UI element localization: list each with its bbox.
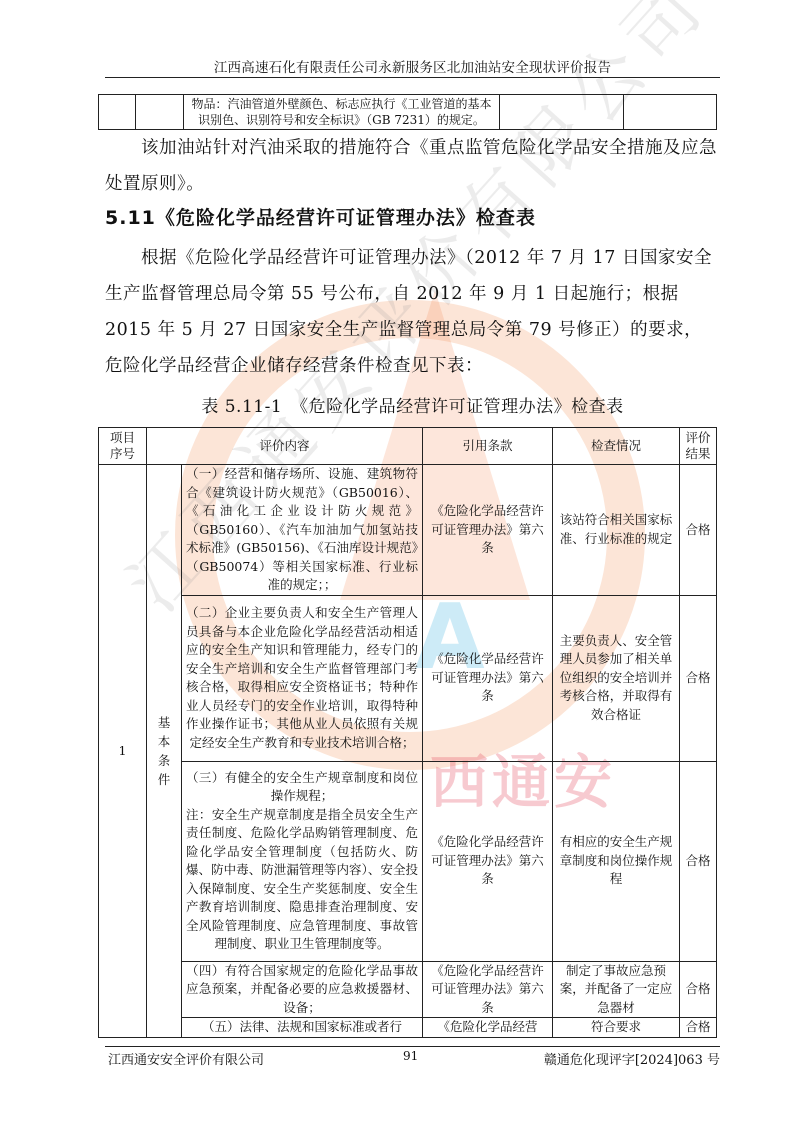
table-cell (99, 95, 136, 130)
content-cell: （三）有健全的安全生产规章制度和岗位操作规程； 注：安全生产规章制度是指全员安全… (182, 761, 423, 961)
content-cell: 物品：汽油管道外壁颜色、标志应执行《工业管道的基本识别色、识别符号和安全标识》（… (184, 95, 500, 130)
document-number: 赣通危化现评字[2024]063 号 (544, 1049, 720, 1068)
page-header-title: 江西高速石化有限责任公司永新服务区北加油站安全现状评价报告 (105, 56, 720, 76)
table-row: （四）有符合国家规定的危险化学品事故应急预案，并配备必要的应急救援器材、设备； … (99, 961, 717, 1018)
result-cell: 合格 (680, 1018, 717, 1038)
check-cell: 主要负责人、安全管理人员参加了相关单位组织的安全培训并考核合格，并取得有效合格证 (553, 595, 680, 761)
clause-cell: 《危险化学品经营许可证管理办法》第六条 (423, 961, 553, 1018)
header-result: 评价结果 (680, 428, 717, 465)
result-cell: 合格 (680, 465, 717, 596)
content-note: 注：安全生产规章制度是指全员安全生产责任制度、危险化学品购销管理制度、危险化学品… (186, 806, 418, 954)
content-cell: （一）经营和储存场所、设施、建筑物符合《建筑设计防火规范》（GB50016）、《… (182, 465, 423, 596)
table-row: 1 基本条件 （一）经营和储存场所、设施、建筑物符合《建筑设计防火规范》（GB5… (99, 465, 717, 596)
check-cell: 有相应的安全生产规章制度和岗位操作规程 (553, 761, 680, 961)
result-cell: 合格 (680, 595, 717, 761)
category-cell: 基本条件 (147, 465, 182, 1038)
table-header-row: 项目序号 评价内容 引用条款 检查情况 评价结果 (99, 428, 717, 465)
section-title-text: 《危险化学品经营许可证管理办法》检查表 (156, 207, 536, 229)
paragraph-text: 根据《危险化学品经营许可证管理办法》（2012 年 7 月 17 日国家安全生产… (105, 248, 712, 376)
result-cell: 合格 (680, 761, 717, 961)
footer-divider (105, 1046, 720, 1047)
page-footer: 江西通安安全评价有限公司 91 赣通危化现评字[2024]063 号 (108, 1049, 720, 1068)
clause-cell: 《危险化学品经营许可证管理办法》第六条 (423, 761, 553, 961)
header-divider (105, 77, 720, 78)
clause-cell: 《危险化学品经营许可证管理办法》第六条 (423, 465, 553, 596)
content-cell: （二）企业主要负责人和安全生产管理人员具备与本企业危险化学品经营活动相适应的安全… (182, 595, 423, 761)
paragraph-basis: 根据《危险化学品经营许可证管理办法》（2012 年 7 月 17 日国家安全生产… (105, 240, 720, 384)
table-row: （三）有健全的安全生产规章制度和岗位操作规程； 注：安全生产规章制度是指全员安全… (99, 761, 717, 961)
page-number: 91 (403, 1049, 418, 1063)
paragraph-text: 该加油站针对汽油采取的措施符合《重点监管危险化学品安全措施及应急处置原则》。 (105, 138, 717, 194)
table-cell (500, 95, 624, 130)
content-title: （三）有健全的安全生产规章制度和岗位操作规程； (186, 769, 418, 806)
seq-cell: 1 (99, 465, 147, 1038)
table-cell (624, 95, 717, 130)
table-cell (136, 95, 184, 130)
section-number: 5.11 (105, 207, 156, 229)
section-heading: 5.11《危险化学品经营许可证管理办法》检查表 (105, 203, 536, 230)
table-row: 物品：汽油管道外壁颜色、标志应执行《工业管道的基本识别色、识别符号和安全标识》（… (99, 95, 717, 130)
content-cell: （五）法律、法规和国家标准或者行 (182, 1018, 423, 1038)
category-text: 基本条件 (155, 713, 173, 789)
clause-cell: 《危险化学品经营许可证管理办法》第六条 (423, 595, 553, 761)
continued-table: 物品：汽油管道外壁颜色、标志应执行《工业管道的基本识别色、识别符号和安全标识》（… (98, 94, 717, 130)
header-content: 评价内容 (147, 428, 423, 465)
check-table: 项目序号 评价内容 引用条款 检查情况 评价结果 1 基本条件 （一）经营和储存… (98, 427, 717, 1038)
paragraph-conclusion: 该加油站针对汽油采取的措施符合《重点监管危险化学品安全措施及应急处置原则》。 (105, 130, 720, 202)
content-cell: （四）有符合国家规定的危险化学品事故应急预案，并配备必要的应急救援器材、设备； (182, 961, 423, 1018)
footer-company: 江西通安安全评价有限公司 (108, 1049, 264, 1068)
clause-cell: 《危险化学品经营 (423, 1018, 553, 1038)
check-cell: 制定了事故应急预案，并配备了一定应急器材 (553, 961, 680, 1018)
check-cell: 该站符合相关国家标准、行业标准的规定 (553, 465, 680, 596)
table-caption: 表 5.11-1 《危险化学品经营许可证管理办法》检查表 (105, 392, 720, 417)
table-row: （二）企业主要负责人和安全生产管理人员具备与本企业危险化学品经营活动相适应的安全… (99, 595, 717, 761)
header-seq: 项目序号 (99, 428, 147, 465)
result-cell: 合格 (680, 961, 717, 1018)
check-cell: 符合要求 (553, 1018, 680, 1038)
table-row: （五）法律、法规和国家标准或者行 《危险化学品经营 符合要求 合格 (99, 1018, 717, 1038)
header-clause: 引用条款 (423, 428, 553, 465)
header-check: 检查情况 (553, 428, 680, 465)
